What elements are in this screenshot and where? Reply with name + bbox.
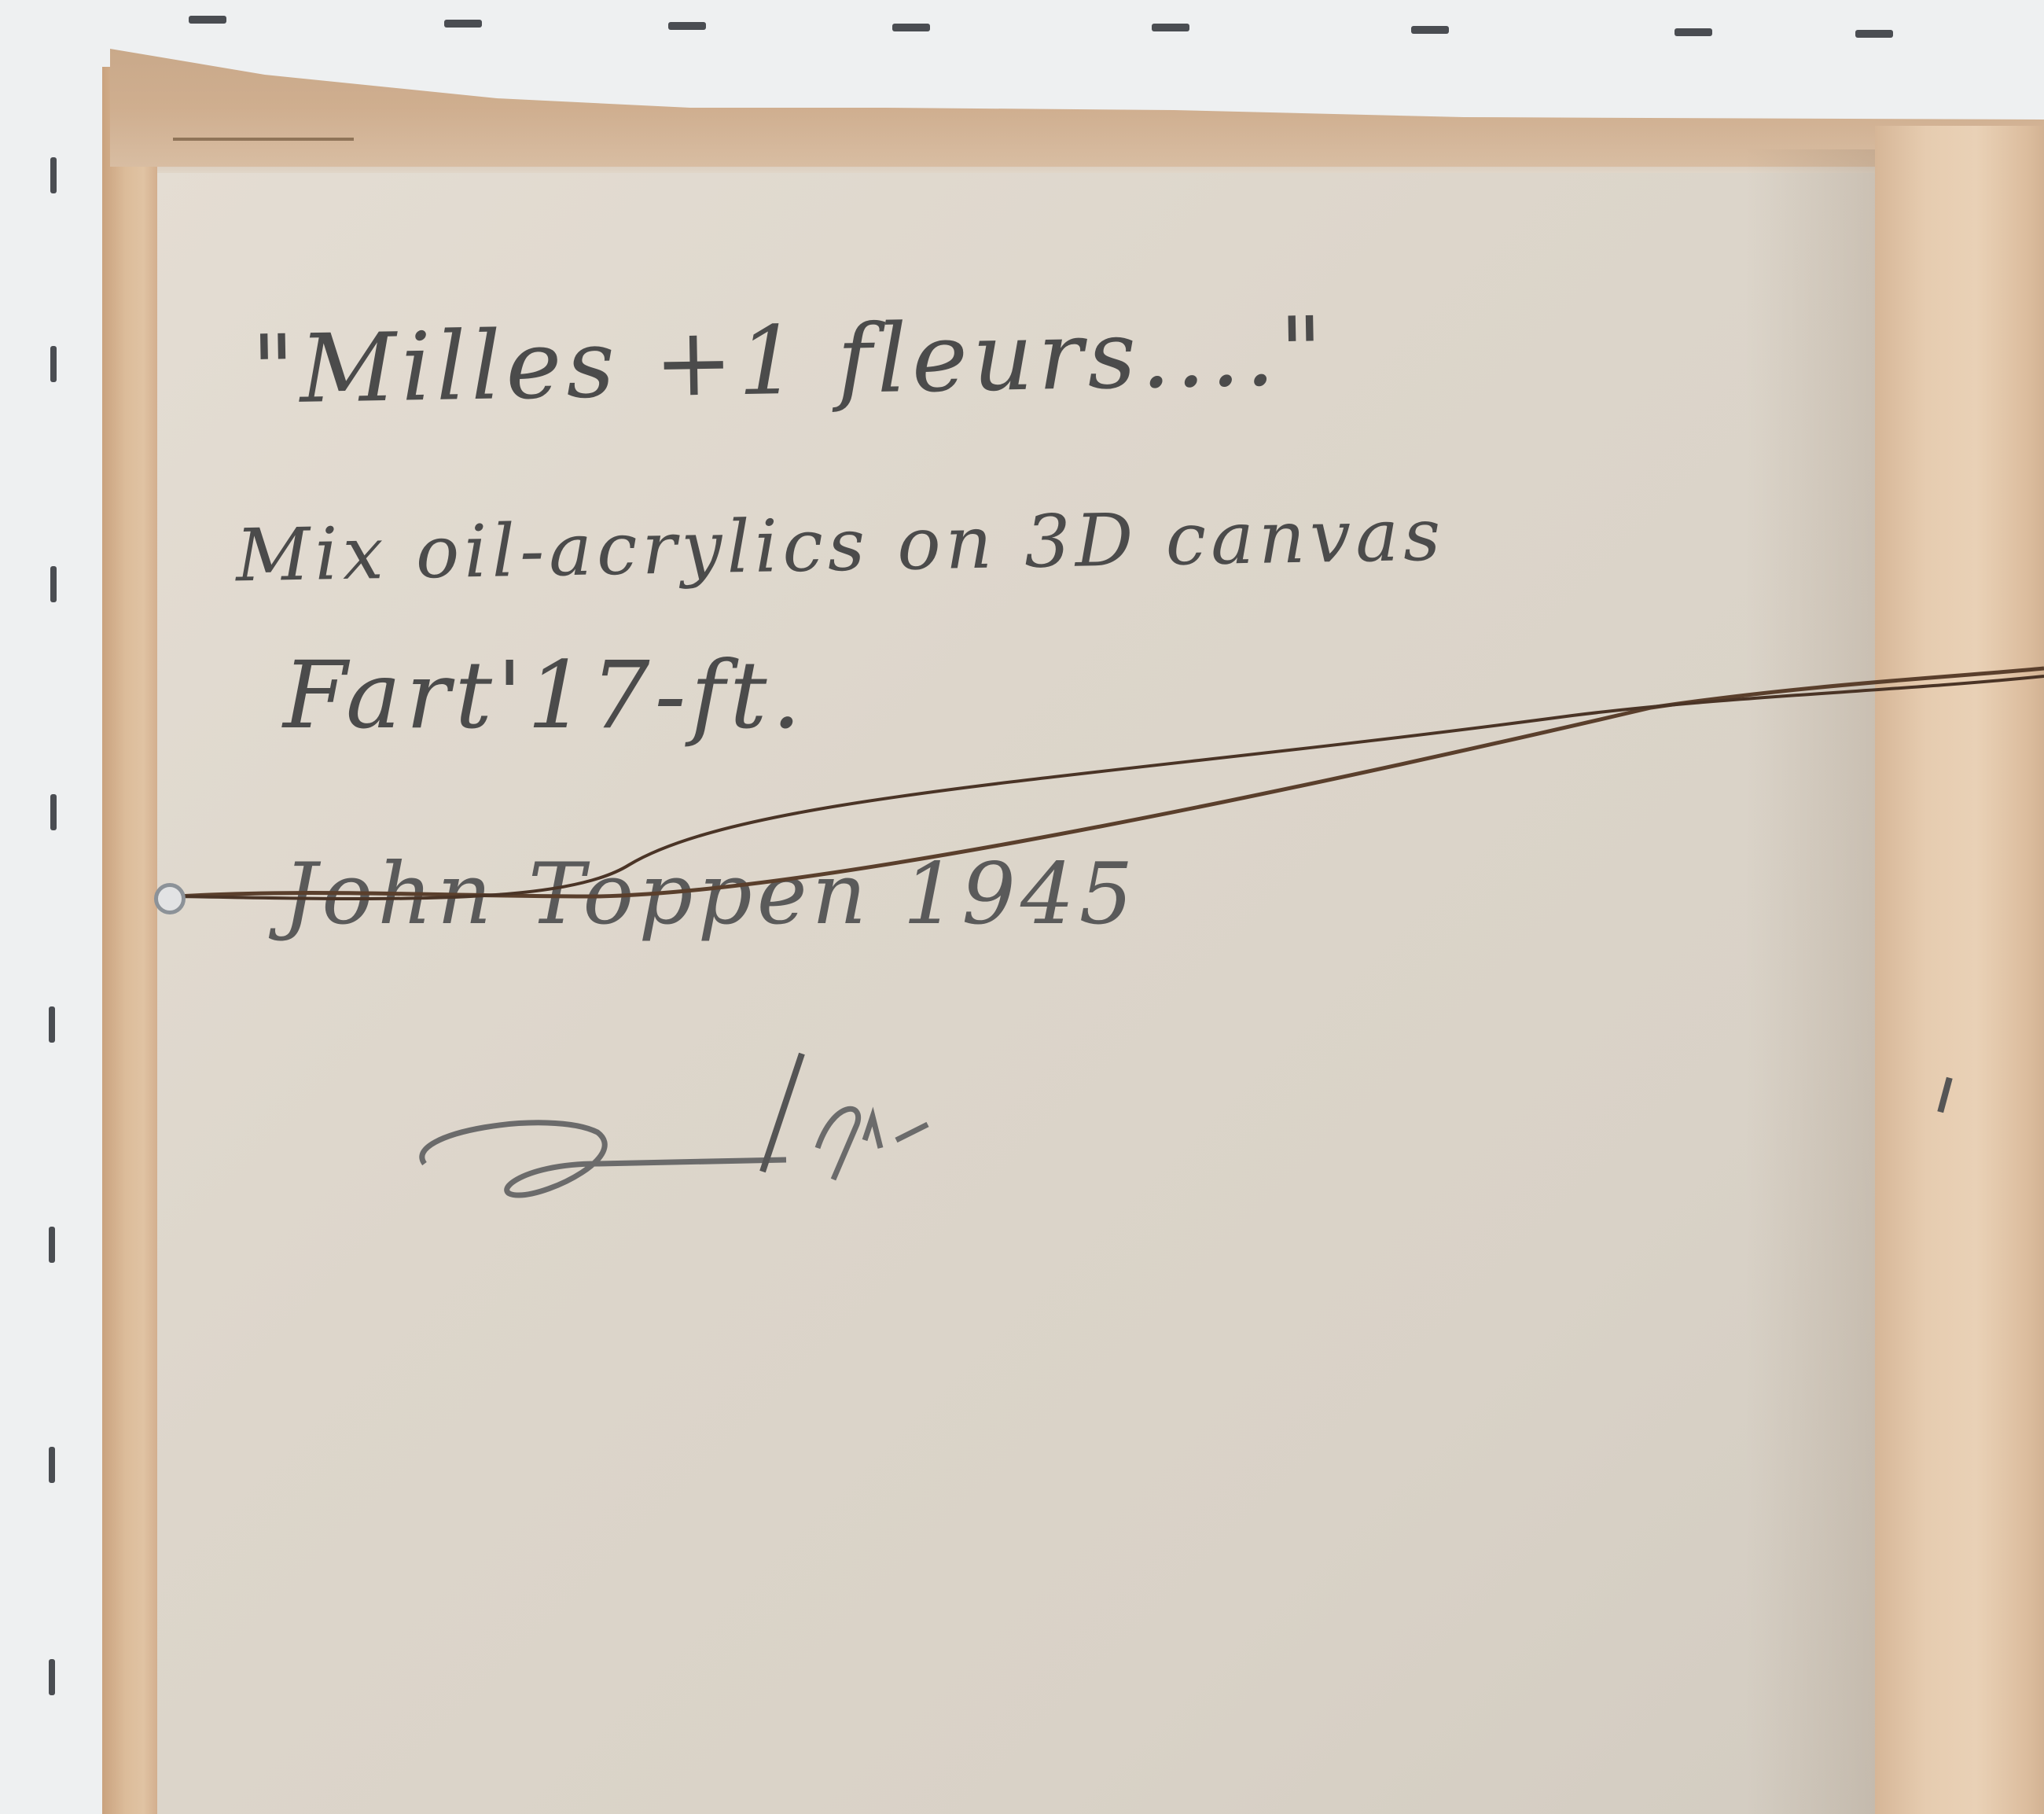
staple xyxy=(1411,26,1449,34)
signature-icon xyxy=(393,1022,1022,1211)
staple xyxy=(50,157,57,193)
stretcher-bar-right xyxy=(1875,126,2044,1814)
staple xyxy=(1855,30,1893,38)
staple xyxy=(50,346,57,382)
staple xyxy=(49,1659,55,1695)
staple xyxy=(1675,28,1712,36)
staple xyxy=(189,16,226,24)
staple xyxy=(49,1006,55,1043)
staple xyxy=(49,1447,55,1483)
inscription-artist: John Toppen 1945 xyxy=(283,845,1138,944)
stretcher-bar-left xyxy=(102,67,161,1814)
inscription-reference: Fart'17-ft. xyxy=(283,641,806,749)
staple xyxy=(892,24,930,31)
inscription-title: "Milles +1 fleurs...." xyxy=(251,297,1329,425)
pencil-mark xyxy=(173,138,354,141)
staple xyxy=(444,20,482,28)
staple xyxy=(1152,24,1189,31)
staple xyxy=(50,794,57,830)
staple xyxy=(49,1227,55,1263)
staple xyxy=(50,566,57,602)
screw-eye-icon xyxy=(154,883,186,914)
canvas-back-photo: "Milles +1 fleurs...." Mix oil-acrylics … xyxy=(0,0,2044,1814)
shadow xyxy=(1745,149,1879,1814)
staple xyxy=(668,22,706,30)
